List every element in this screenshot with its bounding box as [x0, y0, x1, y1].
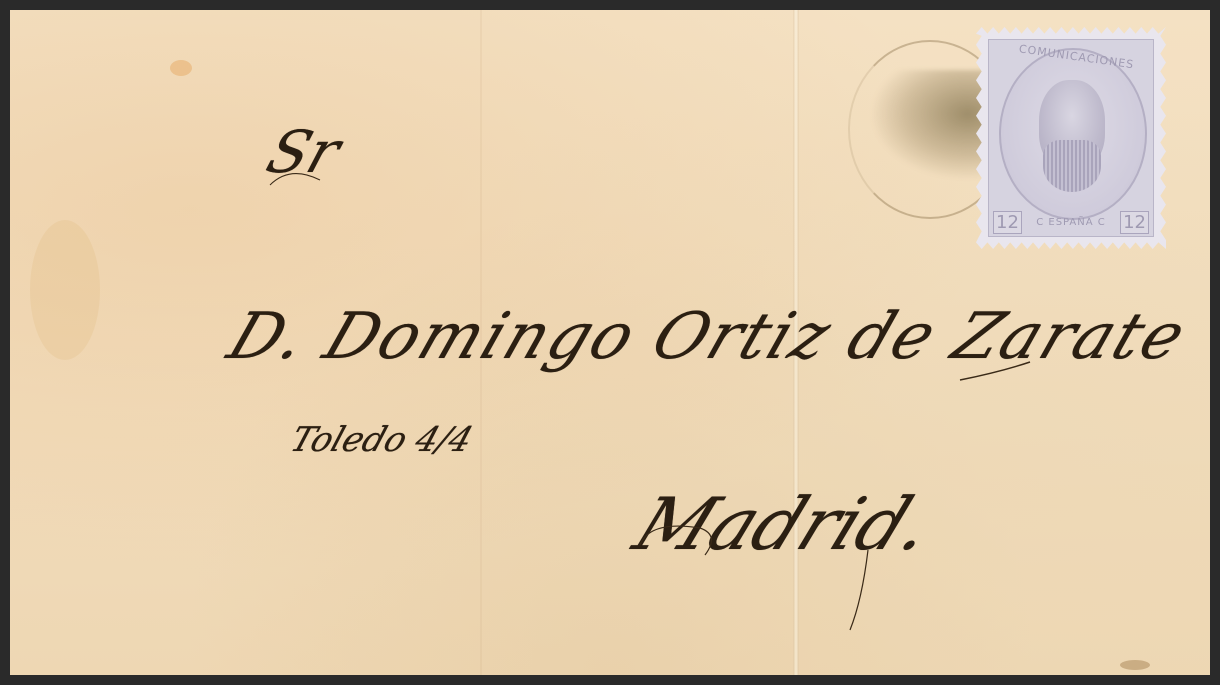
stamp-country: C ESPAÑA C — [1036, 217, 1106, 228]
stamp-value-left: 12 — [993, 211, 1022, 234]
portrait-beard-icon — [1043, 140, 1101, 192]
addressee-name: D. Domingo Ortiz de Zarate — [219, 300, 1197, 374]
stamp-value-right: 12 — [1120, 211, 1149, 234]
stamp-frame: COMUNICACIONES 12 C ESPAÑA C 12 — [988, 39, 1154, 237]
stamp-bottom-band: 12 C ESPAÑA C 12 — [989, 211, 1153, 234]
street-address: Toledo 4/4 — [286, 420, 478, 460]
postage-stamp: COMUNICACIONES 12 C ESPAÑA C 12 — [976, 27, 1166, 249]
age-stain — [30, 220, 100, 360]
city-name: Madrid. — [623, 482, 946, 566]
age-stain — [1120, 660, 1150, 670]
age-stain — [170, 60, 192, 76]
